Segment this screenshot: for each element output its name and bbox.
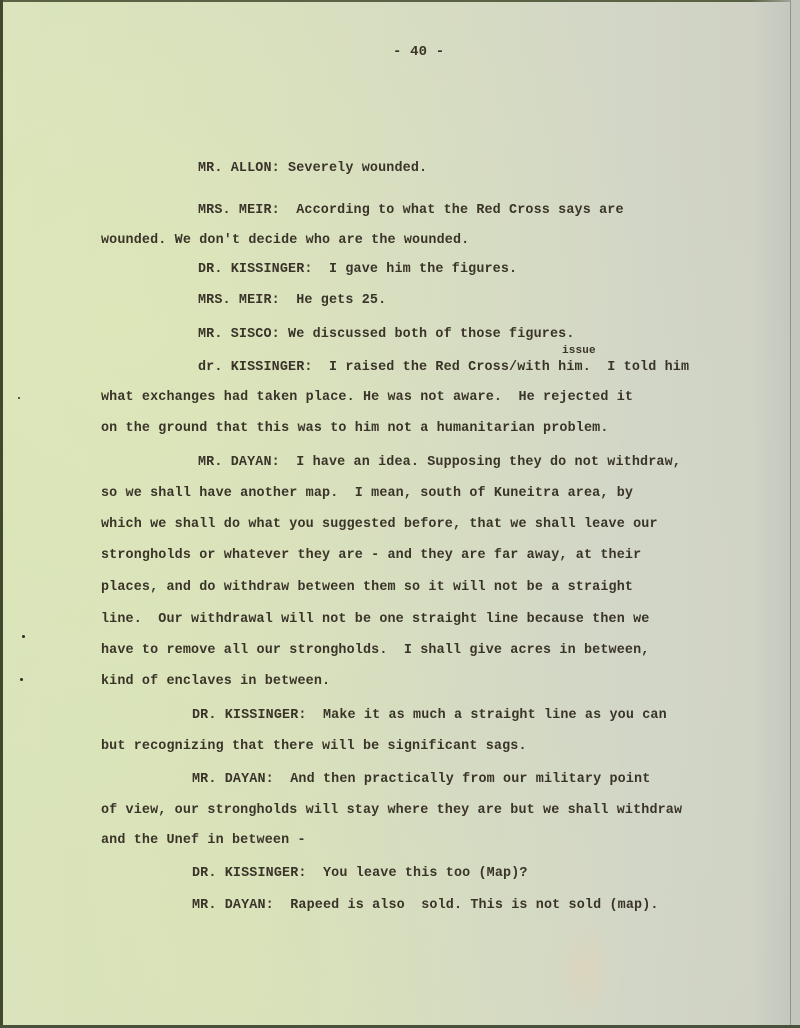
transcript-line: DR. KISSINGER: You leave this too (Map)? [192,866,528,881]
transcript-line: which we shall do what you suggested bef… [101,517,658,532]
transcript-line: kind of enclaves in between. [101,674,330,689]
transcript-line: MR. ALLON: Severely wounded. [198,161,427,176]
page-left-edge [0,0,3,1028]
page-right-edge [790,0,800,1028]
transcript-line: MRS. MEIR: According to what the Red Cro… [198,203,624,218]
margin-speck [18,397,20,399]
page-right-shadow [752,0,790,1028]
page-number: - 40 - [393,44,444,60]
transcript-line: MR. SISCO: We discussed both of those fi… [198,327,575,342]
transcript-line: on the ground that this was to him not a… [101,421,609,436]
handwritten-insertion: issue [562,345,596,357]
transcript-line: strongholds or whatever they are - and t… [101,548,641,563]
transcript-line: MR. DAYAN: Rapeed is also sold. This is … [192,898,659,913]
margin-speck [20,678,23,681]
transcript-line: wounded. We don't decide who are the wou… [101,233,469,248]
transcript-line: and the Unef in between - [101,833,306,848]
transcript-line: MR. DAYAN: And then practically from our… [192,772,650,787]
transcript-line: places, and do withdraw between them so … [101,580,633,595]
margin-speck [22,635,25,638]
transcript-line: dr. KISSINGER: I raised the Red Cross/wi… [198,360,689,375]
transcript-line: so we shall have another map. I mean, so… [101,486,633,501]
transcript-line: MR. DAYAN: I have an idea. Supposing the… [198,455,681,470]
transcript-line: MRS. MEIR: He gets 25. [198,293,386,308]
transcript-line: but recognizing that there will be signi… [101,739,527,754]
scanned-page: - 40 - MR. ALLON: Severely wounded.MRS. … [0,0,800,1028]
transcript-line: DR. KISSINGER: I gave him the figures. [198,262,517,277]
transcript-line: what exchanges had taken place. He was n… [101,390,633,405]
paper-stain [555,920,615,1020]
transcript-line: DR. KISSINGER: Make it as much a straigh… [192,708,667,723]
transcript-line: of view, our strongholds will stay where… [101,803,682,818]
transcript-line: line. Our withdrawal will not be one str… [101,612,649,627]
transcript-line: have to remove all our strongholds. I sh… [101,643,649,658]
page-top-edge [0,0,800,2]
